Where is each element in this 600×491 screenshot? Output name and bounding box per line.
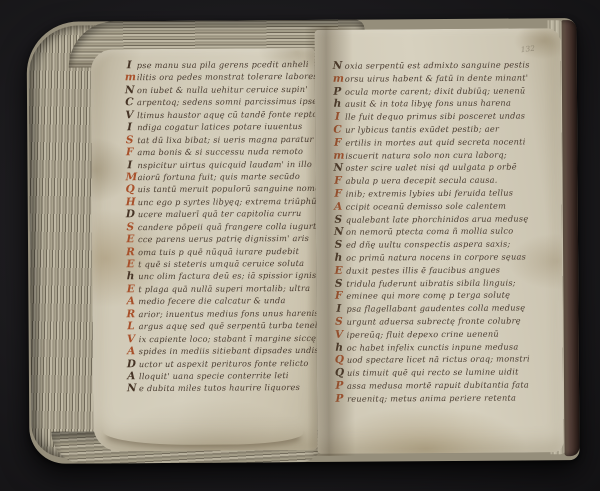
line-text: ama bonis & si successu nuda remoto <box>137 146 303 157</box>
line-text: on nemorū ptecta coma ñ mollia sulco <box>346 226 513 237</box>
line-initial: D <box>127 358 136 370</box>
line-text: abula p uera decepit secula causa. <box>346 175 498 186</box>
line-initial: V <box>125 109 134 121</box>
line-initial: C <box>125 96 134 108</box>
recto-page: 132 Noxia serpentū est admixto sanguine … <box>315 28 564 454</box>
line-text: e dubita miles tutos haurire liquores <box>139 382 300 393</box>
line-initial: F <box>334 175 343 187</box>
leather-binding-edge <box>561 20 579 456</box>
line-initial: A <box>126 295 135 307</box>
line-initial: F <box>334 290 343 302</box>
line-text: argus aquę sed quē serpentū turba teneba… <box>139 320 329 331</box>
line-text: ilitis ora pedes monstrat tolerare labor… <box>137 71 318 82</box>
line-text: ipereūq; fluit depexo crine uenenū <box>347 328 499 339</box>
line-text: duxit pestes illis ē faucibus angues <box>346 264 500 275</box>
line-initial: Q <box>335 367 344 379</box>
line-initial: h <box>334 252 343 264</box>
line-text: ed dñę uultu conspectis aspera saxis; <box>346 239 511 250</box>
line-initial: A <box>127 345 136 357</box>
line-text: reuenitq; metus anima periere retenta <box>347 392 516 403</box>
line-initial: S <box>334 277 343 289</box>
line-text: uod spectare licet nā rictus oraq; monst… <box>347 354 530 365</box>
line-text: unc olim factura deū es; iā spissior ign… <box>138 270 316 281</box>
line-text: eminee qui more comę p terga solutę <box>346 290 510 301</box>
recto-text-column: Noxia serpentū est admixto sanguine pest… <box>333 58 559 405</box>
page-curl-shadow <box>103 414 303 445</box>
line-initial: F <box>125 146 134 158</box>
line-initial: L <box>127 320 136 332</box>
line-text: assa medusa mortē rapuit dubitantia fata <box>347 379 529 390</box>
line-initial: S <box>125 134 134 146</box>
line-initial: E <box>126 233 135 245</box>
line-text: inib; extremis lybies ubi feruida tellus <box>346 188 514 199</box>
line-text: iscuerit natura solo non cura laborq; <box>345 149 507 160</box>
line-text: oster scire ualet nisi qd uulgata p orbē <box>345 162 516 173</box>
line-initial: m <box>125 72 134 84</box>
line-initial: N <box>127 383 136 395</box>
line-initial: V <box>335 328 344 340</box>
line-initial: R <box>126 308 135 320</box>
line-text: ccipit oceanū demisso sole calentem <box>346 200 506 211</box>
line-initial: M <box>126 171 135 183</box>
line-initial: P <box>333 85 342 97</box>
line-initial: F <box>334 188 343 200</box>
line-initial: I <box>125 59 134 71</box>
line-initial: N <box>334 226 343 238</box>
line-text: t plaga quā nullā superi mortalib; ultra <box>138 283 310 294</box>
line-initial: C <box>333 124 342 136</box>
line-text: urgunt aduersa subrectę fronte colubrę <box>347 315 521 326</box>
line-text: oc habet infelix cunctis inpune medusa <box>347 341 519 352</box>
line-initial: Q <box>126 184 135 196</box>
line-initial: R <box>126 246 135 258</box>
line-initial: P <box>335 392 344 404</box>
line-initial: Q <box>335 354 344 366</box>
line-initial: S <box>334 239 343 251</box>
line-initial: A <box>127 370 136 382</box>
line-text: tridula fuderunt uibratis sibila linguis… <box>346 277 516 288</box>
line-initial: I <box>334 303 343 315</box>
line-text: ocula morte carent; dixit dubiūq; uenenū <box>345 85 525 96</box>
line-text: unc ego p syrtes libyęq; extrema triūphū <box>138 196 317 207</box>
line-text: oxia serpentū est admixto sanguine pesti… <box>345 59 530 70</box>
line-initial: A <box>334 200 343 212</box>
folio-number: 132 <box>520 44 535 55</box>
line-initial: h <box>126 271 135 283</box>
line-text: arpentoq; sedens somni parcissimus ipse … <box>137 96 325 107</box>
line-text: ausit & in tota libyę fons unus harena <box>345 98 511 109</box>
line-initial: I <box>333 111 342 123</box>
line-initial: E <box>334 264 343 276</box>
line-text: arior; inuentus medius fons unus harenis <box>138 308 319 319</box>
line-text: orsu uirus habent & fatū in dente minant… <box>345 72 528 83</box>
line-text: qualebant late phorchinidos arua medusę <box>346 213 529 224</box>
line-text: oma tuis p quē nūquā iurare pudebit <box>138 246 299 257</box>
line-text: t quē si steteris umquā ceruice soluta <box>138 258 304 269</box>
line-initial: F <box>333 137 342 149</box>
line-text: uis tantū meruit populorū sanguine nomē <box>138 183 320 194</box>
line-initial: E <box>126 258 135 270</box>
line-text: spides in mediis sitiebant dipsades undi… <box>139 345 319 356</box>
line-text: candere pōpeii quā frangere colla iugurt… <box>138 221 327 232</box>
line-initial: I <box>125 159 134 171</box>
line-initial: N <box>333 60 342 72</box>
line-initial: h <box>333 98 342 110</box>
line-initial: S <box>126 221 135 233</box>
line-text: nspicitur uirtus quicquid laudam' in ill… <box>137 158 312 169</box>
verso-text-column: Ipse manu sua pila gerens pcedit anhelim… <box>125 58 315 395</box>
line-text: aiorū fortuna fuit; quis marte secūdo <box>138 171 301 182</box>
line-text: uis timuit quē qui recto se lumine uidit <box>347 367 519 378</box>
line-initial: D <box>126 208 135 220</box>
line-initial: V <box>127 333 136 345</box>
line-text: ucere maluerī quā ter capitolia curru <box>138 208 302 219</box>
line-initial: H <box>126 196 135 208</box>
manuscript-line: Preuenitq; metus anima periere retenta <box>335 391 559 405</box>
line-text: ndiga cogatur latices potare iuuentus <box>137 121 302 132</box>
line-text: tat dū lixa bibat; si ueris magna paratu… <box>137 134 313 145</box>
line-text: lloquit' uana specie conterrite leti <box>139 370 289 381</box>
line-text: cce parens uerus patrię dignissim' aris <box>138 233 309 244</box>
line-text: medio fecere die calcatur & unda <box>138 295 285 306</box>
line-text: lle fuit dequo primus sibi posceret unda… <box>345 111 525 122</box>
verso-page: Ipse manu sua pila gerens pcedit anhelim… <box>91 48 318 452</box>
line-initial: P <box>335 380 344 392</box>
manuscript-codex: Ipse manu sua pila gerens pcedit anhelim… <box>26 18 579 464</box>
line-text: uctor ut aspexit perituros fonte relicto <box>139 357 309 368</box>
line-initial: m <box>333 73 342 85</box>
line-text: ltimus haustor aquę cū tandē fonte repto <box>137 109 317 120</box>
line-initial: N <box>125 84 134 96</box>
line-text: pse manu sua pila gerens pcedit anheli <box>137 59 309 70</box>
line-initial: m <box>333 149 342 161</box>
line-text: ix capiente loco; stabant ī margine sicc… <box>139 333 317 344</box>
line-initial: N <box>333 162 342 174</box>
line-initial: E <box>126 283 135 295</box>
manuscript-line: Ne dubita miles tutos haurire liquores <box>127 381 315 395</box>
line-text: ur lybicus tantis exūdet pestib; aer <box>345 124 499 135</box>
line-text: psa flagellabant gaudentes colla medusę <box>346 303 525 314</box>
line-initial: S <box>334 213 343 225</box>
line-text: oc primū natura nocens in corpore sęuas <box>346 251 526 262</box>
line-text: on iubet & nulla uehitur ceruice supin' <box>137 84 308 95</box>
line-initial: I <box>125 121 134 133</box>
line-initial: h <box>335 341 344 353</box>
line-text: ertilis in mortes aut quid secreta nocen… <box>345 136 525 147</box>
line-initial: S <box>335 316 344 328</box>
